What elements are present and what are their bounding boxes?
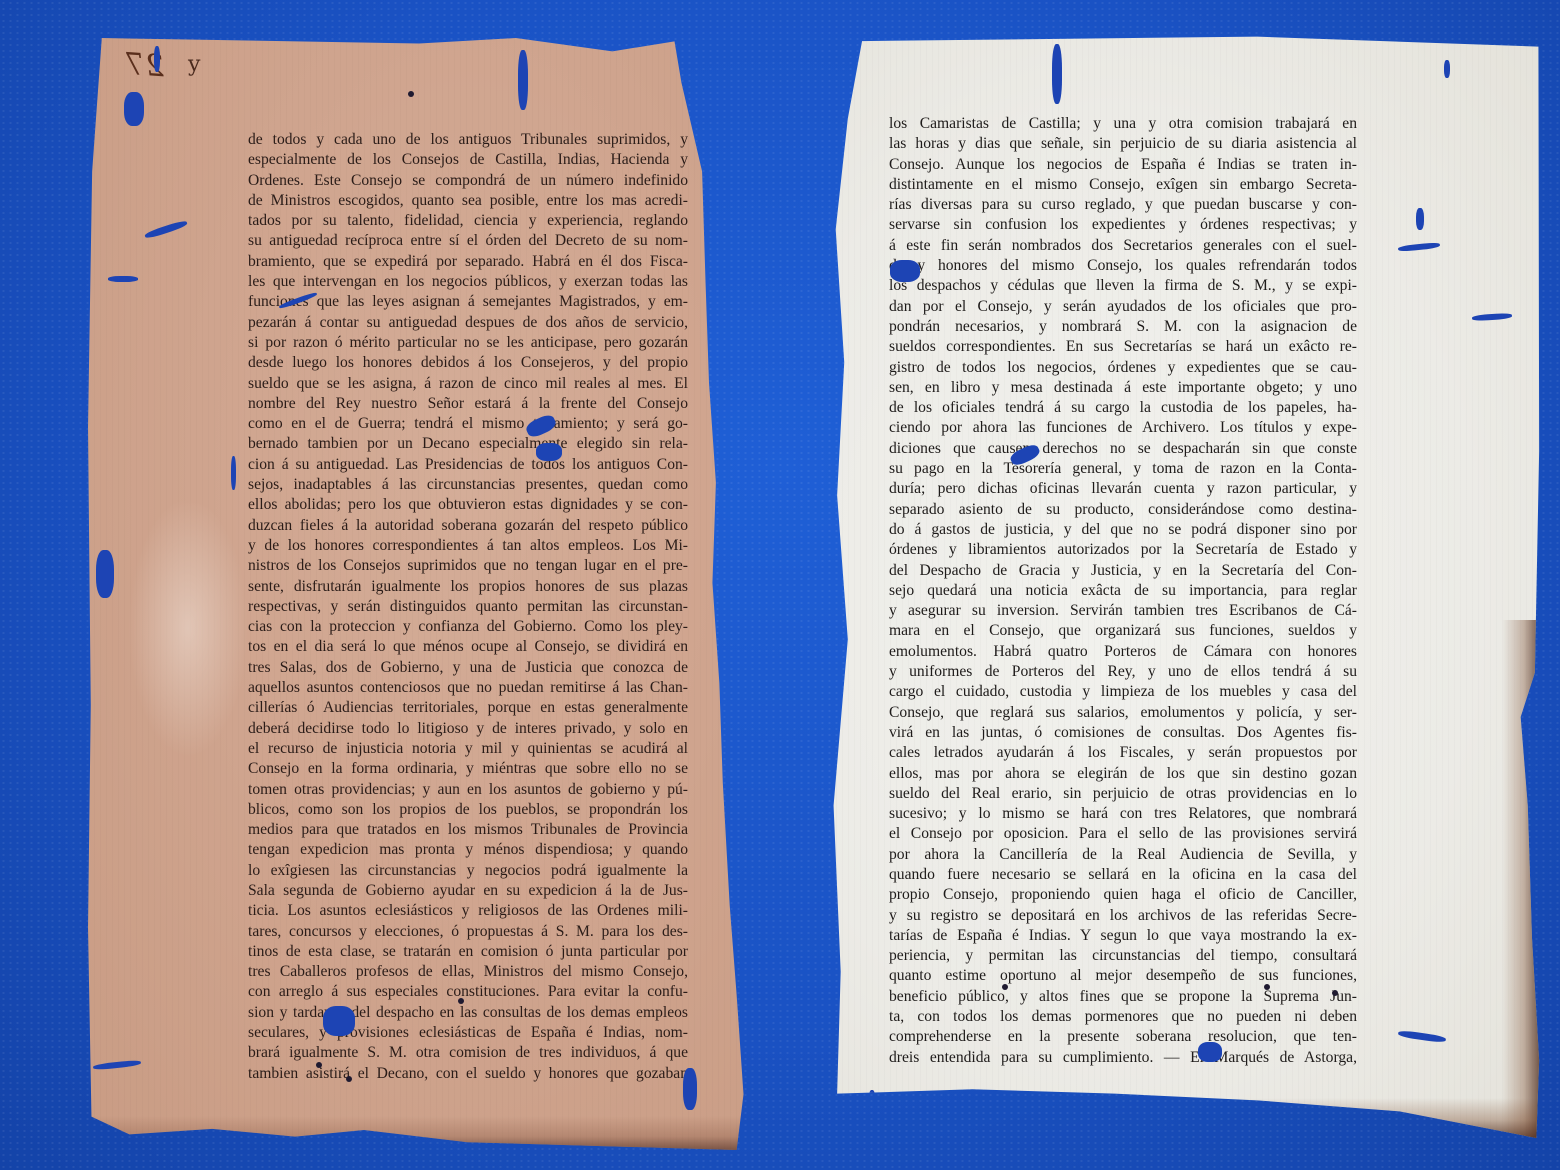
text-line: tambien asistirá el Decano, con el sueld… xyxy=(248,1064,688,1084)
text-line: ellos, mas por ahora se elegirán de los … xyxy=(889,764,1357,784)
text-line: duzcan fieles á la autoridad soberana go… xyxy=(248,516,688,536)
text-line: emolumentos. Habrá quatro Porteros de Cá… xyxy=(889,642,1357,662)
wax-fragment xyxy=(93,1060,141,1071)
text-line: como en el de Guerra; tendrá el mismo tr… xyxy=(248,414,688,434)
text-line: sucesivo; y lo mismo se hará con tres Re… xyxy=(889,804,1357,824)
text-line: tinos de esta clase, se tratarán en comi… xyxy=(248,942,688,962)
text-line: gistro de todos los negocios, órdenes y … xyxy=(889,358,1357,378)
text-line: sueldo que se les asigna, á razon de cin… xyxy=(248,374,688,394)
wax-fragment xyxy=(144,219,188,239)
text-line: Ordenes. Este Consejo se compondrá de un… xyxy=(248,171,688,191)
wax-fragment xyxy=(1398,242,1440,252)
text-line: su pago en la Tesorería general, y toma … xyxy=(889,459,1357,479)
text-line: sueldo del Real erario, sin perjuicio de… xyxy=(889,784,1357,804)
wax-fragment xyxy=(683,1068,697,1110)
text-line: cargo el cuidado, custodia y limpieza de… xyxy=(889,682,1357,702)
text-line: á este fin serán nombrados dos Secretari… xyxy=(889,236,1357,256)
text-line: sueldos correspondientes. En sus Secreta… xyxy=(889,337,1357,357)
text-line: periencia, y permitan las circunstancias… xyxy=(889,946,1357,966)
text-line: sente, disfrutarán igualmente los propio… xyxy=(248,577,688,597)
text-line: seculares, y provisiones eclesiásticas d… xyxy=(248,1023,688,1043)
left-page-text: de todos y cada uno de los antiguos Trib… xyxy=(248,130,688,1084)
text-line: si por razon ó mérito particular no se l… xyxy=(248,333,688,353)
wax-fragment xyxy=(1136,1114,1141,1138)
ink-speck xyxy=(1264,984,1270,990)
text-line: Consejo. Aunque los negocios de España é… xyxy=(889,155,1357,175)
text-line: tres Salas, dos de Gobierno, y una de Ju… xyxy=(248,658,688,678)
wax-fragment xyxy=(1416,208,1424,230)
text-line: el Consejo por oposicion. Para el sello … xyxy=(889,824,1357,844)
ink-speck xyxy=(458,998,464,1004)
text-line: beneficio público, y altos fines que se … xyxy=(889,987,1357,1007)
text-line: ta, con todos los demas pormenores que n… xyxy=(889,1007,1357,1027)
ink-speck xyxy=(346,1076,352,1082)
text-line: Consejo en la forma ordinaria, y miéntra… xyxy=(248,759,688,779)
text-line: comprehenderse en la presente soberana r… xyxy=(889,1027,1357,1047)
ink-speck xyxy=(1332,990,1338,996)
text-line: brará igualmente S. M. otra comision de … xyxy=(248,1043,688,1063)
text-line: los despachos y cédulas que lleven la fi… xyxy=(889,276,1357,296)
text-line: cias con la proteccion y confianza del G… xyxy=(248,617,688,637)
text-line: tres Caballeros profesos de ellas, Minis… xyxy=(248,962,688,982)
text-line: diciones que causen derechos no se despa… xyxy=(889,439,1357,459)
text-line: Sala segunda de Gobierno ayudar en su ex… xyxy=(248,881,688,901)
paper-stain xyxy=(128,498,248,758)
text-line: sejo quedará una noticia exâcta de su im… xyxy=(889,581,1357,601)
text-line: do y honores del mismo Consejo, los qual… xyxy=(889,256,1357,276)
text-line: los Camaristas de Castilla; y una y otra… xyxy=(889,114,1357,134)
wax-fragment xyxy=(323,1006,355,1036)
text-line: bernado tambien por un Decano especialme… xyxy=(248,434,688,454)
burnt-bottom-edge xyxy=(88,1116,778,1150)
text-line: lo exîgiesen las circunstancias y negoci… xyxy=(248,861,688,881)
text-line: duría; pero dichas oficinas llevarán cue… xyxy=(889,479,1357,499)
text-line: les que intervengan en los negocios públ… xyxy=(248,272,688,292)
wax-fragment xyxy=(124,92,144,126)
text-line: y de los honores correspondientes á tan … xyxy=(248,536,688,556)
text-line: ellos abolidas; pero los que obtuvieron … xyxy=(248,495,688,515)
text-line: tados por su talento, fidelidad, ciencia… xyxy=(248,211,688,231)
text-line: Consejo, que reglará sus salarios, emolu… xyxy=(889,703,1357,723)
text-line: deberá decidirse todo lo litigioso y de … xyxy=(248,719,688,739)
text-line: rías diversas para su curso reglado, y q… xyxy=(889,195,1357,215)
handwritten-mark: y xyxy=(188,52,200,77)
text-line: y su registro se depositará en los archi… xyxy=(889,906,1357,926)
text-line: ticia. Los asuntos eclesiásticos y relig… xyxy=(248,901,688,921)
burnt-right-edge xyxy=(1502,620,1542,1138)
wax-fragment xyxy=(536,443,562,461)
text-line: desde luego los honores debidos á los Co… xyxy=(248,353,688,373)
text-line: virá en las juntas, ó comisiones de cons… xyxy=(889,723,1357,743)
text-line: sejos, inadaptables á las circunstancias… xyxy=(248,475,688,495)
text-line: cion á su antiguedad. Las Presidencias d… xyxy=(248,455,688,475)
text-line: sion y tardanza del despacho en las cons… xyxy=(248,1003,688,1023)
text-line: y uniformes de Porteros del Rey, y uno d… xyxy=(889,662,1357,682)
wax-fragment xyxy=(1198,1042,1222,1062)
text-line: sen, en libro y mesa destinada á este im… xyxy=(889,378,1357,398)
text-line: blicos, como son los propios de los pueb… xyxy=(248,800,688,820)
text-line: medios para que tratados en los mismos T… xyxy=(248,820,688,840)
text-line: tomen otras providencias; y aun en los a… xyxy=(248,780,688,800)
text-line: quanto estime oportuno al mejor desempeñ… xyxy=(889,966,1357,986)
wax-fragment xyxy=(890,260,920,282)
ink-speck xyxy=(1002,984,1008,990)
text-line: nistros de los Consejos suprimidos que n… xyxy=(248,556,688,576)
ink-speck xyxy=(1130,1121,1136,1127)
wax-fragment xyxy=(1052,44,1062,104)
text-line: dan por el Consejo, y serán ayudados de … xyxy=(889,297,1357,317)
text-line: tengan expedicion mas pronta y ménos dis… xyxy=(248,840,688,860)
text-line: cillerías ó Audiencias territoriales, po… xyxy=(248,698,688,718)
wax-fragment xyxy=(1472,313,1512,322)
ink-speck xyxy=(408,91,414,97)
text-line: del Despacho de Gracia y Justicia, y en … xyxy=(889,561,1357,581)
right-page-text: los Camaristas de Castilla; y una y otra… xyxy=(889,114,1357,1068)
text-line: tarías de España é Indias. Y segun lo qu… xyxy=(889,926,1357,946)
text-line: de todos y cada uno de los antiguos Trib… xyxy=(248,130,688,150)
wax-fragment xyxy=(868,1090,876,1132)
text-line: su antiguedad recíproca entre sí el órde… xyxy=(248,231,688,251)
right-document-page: los Camaristas de Castilla; y una y otra… xyxy=(830,30,1542,1138)
text-line: el recurso de injusticia notoria y mil y… xyxy=(248,739,688,759)
text-line: pondrán necesarios, y nombrará S. M. con… xyxy=(889,317,1357,337)
text-line: mara en el Consejo, que organizará sus f… xyxy=(889,621,1357,641)
burnt-bottom-edge xyxy=(1222,1098,1542,1138)
text-line: servarse sin confusion los expedientes y… xyxy=(889,215,1357,235)
text-line: las horas y dias que señale, sin perjuic… xyxy=(889,134,1357,154)
text-line: y asegurar su inversion. Servirán tambie… xyxy=(889,601,1357,621)
text-line: especialmente de los Consejos de Castill… xyxy=(248,150,688,170)
wax-fragment xyxy=(108,276,138,282)
text-line: con arreglo á sus especiales constitucio… xyxy=(248,982,688,1002)
wax-fragment xyxy=(154,46,160,72)
text-line: de Ministros escogidos, quanto sea posib… xyxy=(248,191,688,211)
text-line: tos en el dia será lo que ménos ocupe al… xyxy=(248,637,688,657)
text-line: por ahora la Cancillería de la Real Audi… xyxy=(889,845,1357,865)
wax-fragment xyxy=(1398,1030,1447,1044)
text-line: cales letrados ayudarán á los Fiscales, … xyxy=(889,743,1357,763)
text-line: nombre del Rey nuestro Señor estará á la… xyxy=(248,394,688,414)
text-line: órdenes y libramientos autorizados por l… xyxy=(889,540,1357,560)
text-line: respectivas, y serán distinguidos quanto… xyxy=(248,597,688,617)
text-line: separado asiento de su producto, conside… xyxy=(889,500,1357,520)
text-line: distintamente en el mismo Consejo, exîge… xyxy=(889,175,1357,195)
text-line: aquellos asuntos contenciosos que no pue… xyxy=(248,678,688,698)
wax-fragment xyxy=(231,456,236,490)
text-line: do á gastos de justicia, y del que no se… xyxy=(889,520,1357,540)
text-line: ciendo por ahora las funciones de Archiv… xyxy=(889,418,1357,438)
ink-speck xyxy=(316,1062,322,1068)
wax-fragment xyxy=(1444,60,1450,78)
text-line: quando fuere necesario se sellará en la … xyxy=(889,865,1357,885)
text-line: dreis entendida para su cumplimiento. — … xyxy=(889,1048,1357,1068)
text-line: bramiento, que se expedirá por separado.… xyxy=(248,252,688,272)
left-document-page: 27 y de todos y cada uno de los antiguos… xyxy=(88,38,778,1150)
text-line: propio Consejo, proponiendo quien haga e… xyxy=(889,885,1357,905)
text-line: tares, concursos y elecciones, ó propues… xyxy=(248,922,688,942)
wax-fragment xyxy=(96,550,114,598)
text-line: de los oficiales tendrá á su cargo la cu… xyxy=(889,398,1357,418)
wax-fragment xyxy=(518,50,528,110)
text-line: pezarán á contar su antiguedad despues d… xyxy=(248,313,688,333)
